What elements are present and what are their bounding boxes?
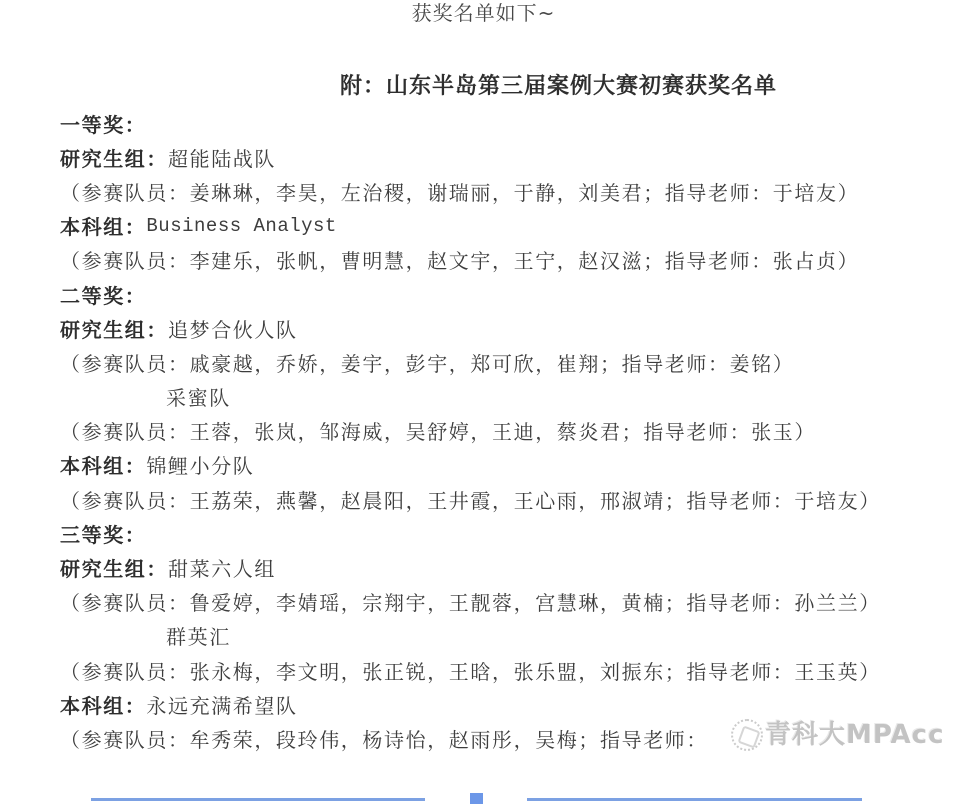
group-line: 研究生组： 追梦合伙人队 [60,311,940,345]
members-line: （参赛队员：王荔荣，燕馨，赵晨阳，王井霞，王心雨，邢淑靖；指导老师：于培友） [60,482,940,516]
members-line: （参赛队员：张永梅，李文明，张正锐，王晗，张乐盟，刘振东；指导老师：王玉英） [60,653,940,687]
bottom-square-accent [470,793,483,804]
team-name: 锦鲤小分队 [146,450,254,479]
team-name-indented: 采蜜队 [60,380,940,414]
members-line: （参赛队员：李建乐，张帆，曹明慧，赵文宇，王宁，赵汉滋；指导老师：张占贞） [60,243,940,277]
group-line: 本科组： 永远充满希望队 [60,687,940,721]
award-tier-second: 二等奖： [60,277,940,311]
team-name: 永远充满希望队 [146,690,297,719]
group-label: 本科组： [60,450,146,479]
group-label: 研究生组： [60,553,168,582]
members-line: （参赛队员：牟秀荣，段玲伟，杨诗怡，赵雨彤，吴梅；指导老师： [60,721,940,755]
group-line: 研究生组： 超能陆战队 [60,140,940,174]
team-name: 超能陆战队 [168,143,276,172]
bottom-right-divider [527,798,862,801]
members-line: （参赛队员：王蓉，张岚，邹海威，吴舒婷，王迪，蔡炎君；指导老师：张玉） [60,414,940,448]
team-name-indented: 群英汇 [60,619,940,653]
bottom-left-divider [91,798,425,801]
group-line: 研究生组： 甜菜六人组 [60,550,940,584]
group-label: 研究生组： [60,314,168,343]
award-tier-third: 三等奖： [60,516,940,550]
document-body: 一等奖： 研究生组： 超能陆战队 （参赛队员：姜琳琳，李昊，左治稷，谢瑞丽，于静… [60,106,940,756]
team-name: 甜菜六人组 [168,553,276,582]
team-name: Business Analyst [146,215,336,237]
team-name: 追梦合伙人队 [168,314,298,343]
group-label: 本科组： [60,690,146,719]
members-line: （参赛队员：戚豪越，乔娇，姜宇，彭宇，郑可欣，崔翔；指导老师：姜铭） [60,345,940,379]
group-line: 本科组： Business Analyst [60,209,940,243]
document-heading: 附：山东半岛第三届案例大赛初赛获奖名单 [340,74,777,100]
group-line: 本科组： 锦鲤小分队 [60,448,940,482]
members-line: （参赛队员：姜琳琳，李昊，左治稷，谢瑞丽，于静，刘美君；指导老师：于培友） [60,174,940,208]
award-document: 获奖名单如下~ 附：山东半岛第三届案例大赛初赛获奖名单 一等奖： 研究生组： 超… [0,0,967,804]
members-line: （参赛队员：鲁爱婷，李婧瑶，宗翔宇，王靓蓉，宫慧琳，黄楠；指导老师：孙兰兰） [60,585,940,619]
award-tier-first: 一等奖： [60,106,940,140]
group-label: 本科组： [60,211,146,240]
group-label: 研究生组： [60,143,168,172]
page-title: 获奖名单如下~ [0,0,967,27]
